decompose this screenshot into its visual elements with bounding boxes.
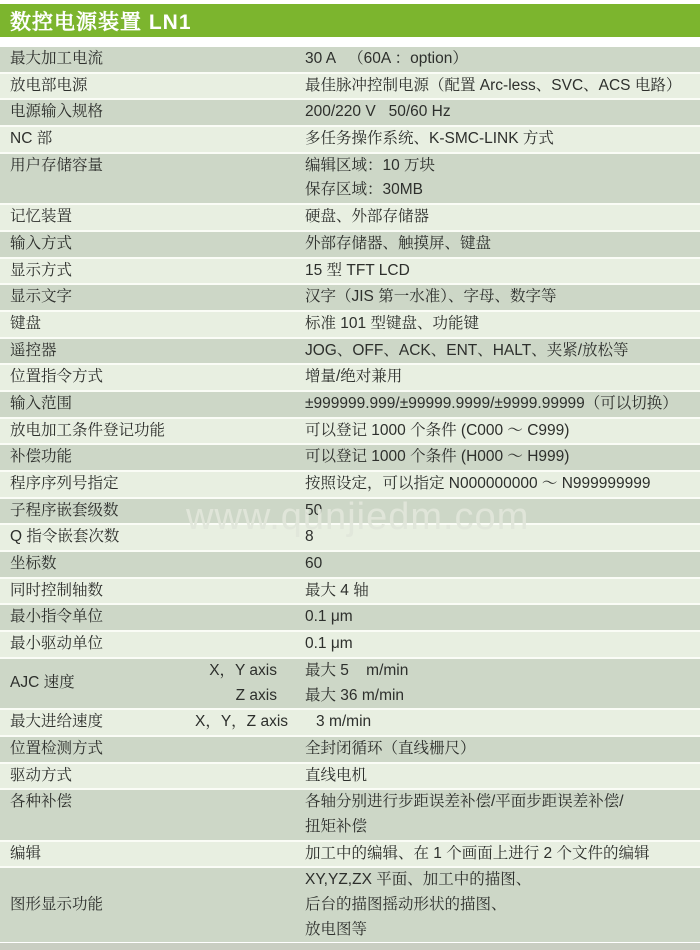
spec-label: 放电部电源 [0, 74, 195, 99]
table-row: 电源输入规格200/220 V 50/60 Hz [0, 100, 700, 127]
axis-label [195, 605, 305, 630]
axis-label: Z axis [195, 684, 305, 709]
spec-label: 驱动方式 [0, 764, 195, 789]
table-row: 显示文字汉字（JIS 第一水准）、字母、数字等 [0, 285, 700, 312]
spec-label: AJC 速度 [0, 671, 195, 696]
spec-label: 显示方式 [0, 259, 195, 284]
table-row: 遥控器JOG、OFF、ACK、ENT、HALT、夹紧/放松等 [0, 339, 700, 366]
table-row: 最小指令单位0.1 μm [0, 605, 700, 632]
spec-value: 最大 36 m/min [305, 684, 700, 709]
spec-value: ±999999.999/±99999.9999/±9999.99999（可以切换… [305, 392, 700, 417]
axis-label: X，Y，Z axis [195, 710, 316, 735]
axis-label [195, 472, 305, 497]
spec-value: 增量/绝对兼用 [305, 365, 700, 390]
table-row: 最大进给速度X，Y，Z axis3 m/min [0, 710, 700, 737]
spec-sheet-page: 数控电源装置 LN1 最大加工电流30 A （60A ：option）放电部电源… [0, 0, 700, 950]
spec-label: 遥控器 [0, 339, 195, 364]
table-row: 显示方式15 型 TFT LCD [0, 259, 700, 286]
table-row: 放电部电源最佳脉冲控制电源（配置 Arc-less、SVC、ACS 电路） [0, 74, 700, 101]
spec-value: 15 型 TFT LCD [305, 259, 700, 284]
spec-value: 多任务操作系统、K-SMC-LINK 方式 [305, 127, 700, 152]
axis-label [195, 205, 305, 230]
spec-label: 坐标数 [0, 552, 195, 577]
bottom-scan-edge [0, 943, 700, 950]
table-row: 图形显示功能XY,YZ,ZX 平面、加工中的描图、后台的描图摇动形状的描图、放电… [0, 868, 700, 942]
page-title: 数控电源装置 LN1 [10, 6, 192, 36]
spec-label: 输入方式 [0, 232, 195, 257]
spec-label: 位置指令方式 [0, 365, 195, 390]
axis-label [195, 100, 305, 125]
spec-label: 补偿功能 [0, 445, 195, 470]
table-row: 输入范围±999999.999/±99999.9999/±9999.99999（… [0, 392, 700, 419]
axis-label [195, 365, 305, 390]
spec-value: 按照设定，可以指定 N000000000 ～ N999999999 [305, 472, 700, 497]
table-row: NC 部多任务操作系统、K-SMC-LINK 方式 [0, 127, 700, 154]
spec-value: 0.1 μm [305, 632, 700, 657]
spec-value: JOG、OFF、ACK、ENT、HALT、夹紧/放松等 [305, 339, 700, 364]
axis-label [195, 178, 305, 203]
spec-value: 最大 4 轴 [305, 579, 700, 604]
axis-label [195, 419, 305, 444]
table-row: 最小驱动单位0.1 μm [0, 632, 700, 659]
axis-label [195, 127, 305, 152]
spec-label: 程序序列号指定 [0, 472, 195, 497]
spec-value: 最佳脉冲控制电源（配置 Arc-less、SVC、ACS 电路） [305, 74, 700, 99]
table-row: 各种补偿各轴分别进行步距误差补偿/平面步距误差补偿/扭矩补偿 [0, 790, 700, 841]
axis-label [195, 312, 305, 337]
axis-label [195, 339, 305, 364]
spec-label: 电源输入规格 [0, 100, 195, 125]
spec-label: NC 部 [0, 127, 195, 152]
axis-label [195, 790, 305, 815]
axis-label [195, 918, 305, 943]
spec-value: 保存区域：30MB [305, 178, 700, 203]
spec-label: 编辑 [0, 842, 195, 867]
table-row: 坐标数60 [0, 552, 700, 579]
table-row: 编辑加工中的编辑、在 1 个画面上进行 2 个文件的编辑 [0, 842, 700, 869]
table-row: 位置指令方式增量/绝对兼用 [0, 365, 700, 392]
spec-value: 可以登记 1000 个条件 (C000 ～ C999) [305, 419, 700, 444]
spec-table: 最大加工电流30 A （60A ：option）放电部电源最佳脉冲控制电源（配置… [0, 47, 700, 942]
table-row: 位置检测方式全封闭循环（直线栅尺） [0, 737, 700, 764]
spec-label: 最大进给速度 [0, 710, 195, 735]
spec-label: 键盘 [0, 312, 195, 337]
table-row: 同时控制轴数最大 4 轴 [0, 579, 700, 606]
spec-value: 扭矩补偿 [305, 815, 700, 840]
axis-label [195, 259, 305, 284]
spec-value: 汉字（JIS 第一水准）、字母、数字等 [305, 285, 700, 310]
spec-label: 子程序嵌套级数 [0, 499, 195, 524]
axis-label [195, 285, 305, 310]
axis-label [195, 868, 305, 893]
spec-label: 位置检测方式 [0, 737, 195, 762]
table-row: 最大加工电流30 A （60A ：option） [0, 47, 700, 74]
axis-label: X，Y axis [195, 659, 305, 684]
spec-value: 30 A （60A ：option） [305, 47, 700, 72]
table-row: 放电加工条件登记功能可以登记 1000 个条件 (C000 ～ C999) [0, 419, 700, 446]
table-row: 键盘标准 101 型键盘、功能键 [0, 312, 700, 339]
spec-value: 全封闭循环（直线栅尺） [305, 737, 700, 762]
table-row: 驱动方式直线电机 [0, 764, 700, 791]
axis-label [195, 445, 305, 470]
axis-label [195, 893, 305, 918]
spec-value: 编辑区域：10 万块 [305, 154, 700, 179]
axis-label [195, 392, 305, 417]
spec-label: Q 指令嵌套次数 [0, 525, 195, 550]
spec-value: 8 [305, 525, 700, 550]
spec-value: 60 [305, 552, 700, 577]
spec-value: 50 [305, 499, 700, 524]
spec-value: XY,YZ,ZX 平面、加工中的描图、 [305, 868, 700, 893]
table-row: 补偿功能可以登记 1000 个条件 (H000 ～ H999) [0, 445, 700, 472]
spec-label: 输入范围 [0, 392, 195, 417]
axis-label [195, 737, 305, 762]
axis-label [195, 552, 305, 577]
axis-label [195, 764, 305, 789]
spec-label: 放电加工条件登记功能 [0, 419, 195, 444]
spec-label: 用户存储容量 [0, 154, 195, 179]
table-row: 子程序嵌套级数50 [0, 499, 700, 526]
spec-value: 后台的描图摇动形状的描图、 [305, 893, 700, 918]
spec-label: 最小指令单位 [0, 605, 195, 630]
spec-value: 最大 5 m/min [305, 659, 700, 684]
spec-value: 200/220 V 50/60 Hz [305, 100, 700, 125]
header-bar: 数控电源装置 LN1 [0, 4, 700, 37]
spec-label: 同时控制轴数 [0, 579, 195, 604]
spec-value: 外部存储器、触摸屏、键盘 [305, 232, 700, 257]
axis-label [195, 74, 305, 99]
spec-value: 可以登记 1000 个条件 (H000 ～ H999) [305, 445, 700, 470]
table-row: 程序序列号指定按照设定，可以指定 N000000000 ～ N999999999 [0, 472, 700, 499]
spec-label: 各种补偿 [0, 790, 195, 815]
spec-value: 3 m/min [316, 710, 700, 735]
table-row: AJC 速度X，Y axis最大 5 m/minZ axis最大 36 m/mi… [0, 659, 700, 710]
spec-value: 直线电机 [305, 764, 700, 789]
table-row: 用户存储容量编辑区域：10 万块保存区域：30MB [0, 154, 700, 205]
spec-value: 标准 101 型键盘、功能键 [305, 312, 700, 337]
spec-value: 放电图等 [305, 918, 700, 943]
spec-value: 加工中的编辑、在 1 个画面上进行 2 个文件的编辑 [305, 842, 700, 867]
spec-value: 各轴分别进行步距误差补偿/平面步距误差补偿/ [305, 790, 700, 815]
spec-value: 硬盘、外部存储器 [305, 205, 700, 230]
axis-label [195, 579, 305, 604]
spec-label: 显示文字 [0, 285, 195, 310]
axis-label [195, 47, 305, 72]
table-row: Q 指令嵌套次数8 [0, 525, 700, 552]
axis-label [195, 499, 305, 524]
spec-label: 最小驱动单位 [0, 632, 195, 657]
axis-label [195, 525, 305, 550]
spec-label: 最大加工电流 [0, 47, 195, 72]
spec-value: 0.1 μm [305, 605, 700, 630]
spec-label: 图形显示功能 [0, 893, 195, 918]
axis-label [195, 632, 305, 657]
spec-label: 记忆装置 [0, 205, 195, 230]
axis-label [195, 232, 305, 257]
table-row: 记忆装置硬盘、外部存储器 [0, 205, 700, 232]
axis-label [195, 815, 305, 840]
table-row: 输入方式外部存储器、触摸屏、键盘 [0, 232, 700, 259]
axis-label [195, 154, 305, 179]
axis-label [195, 842, 305, 867]
